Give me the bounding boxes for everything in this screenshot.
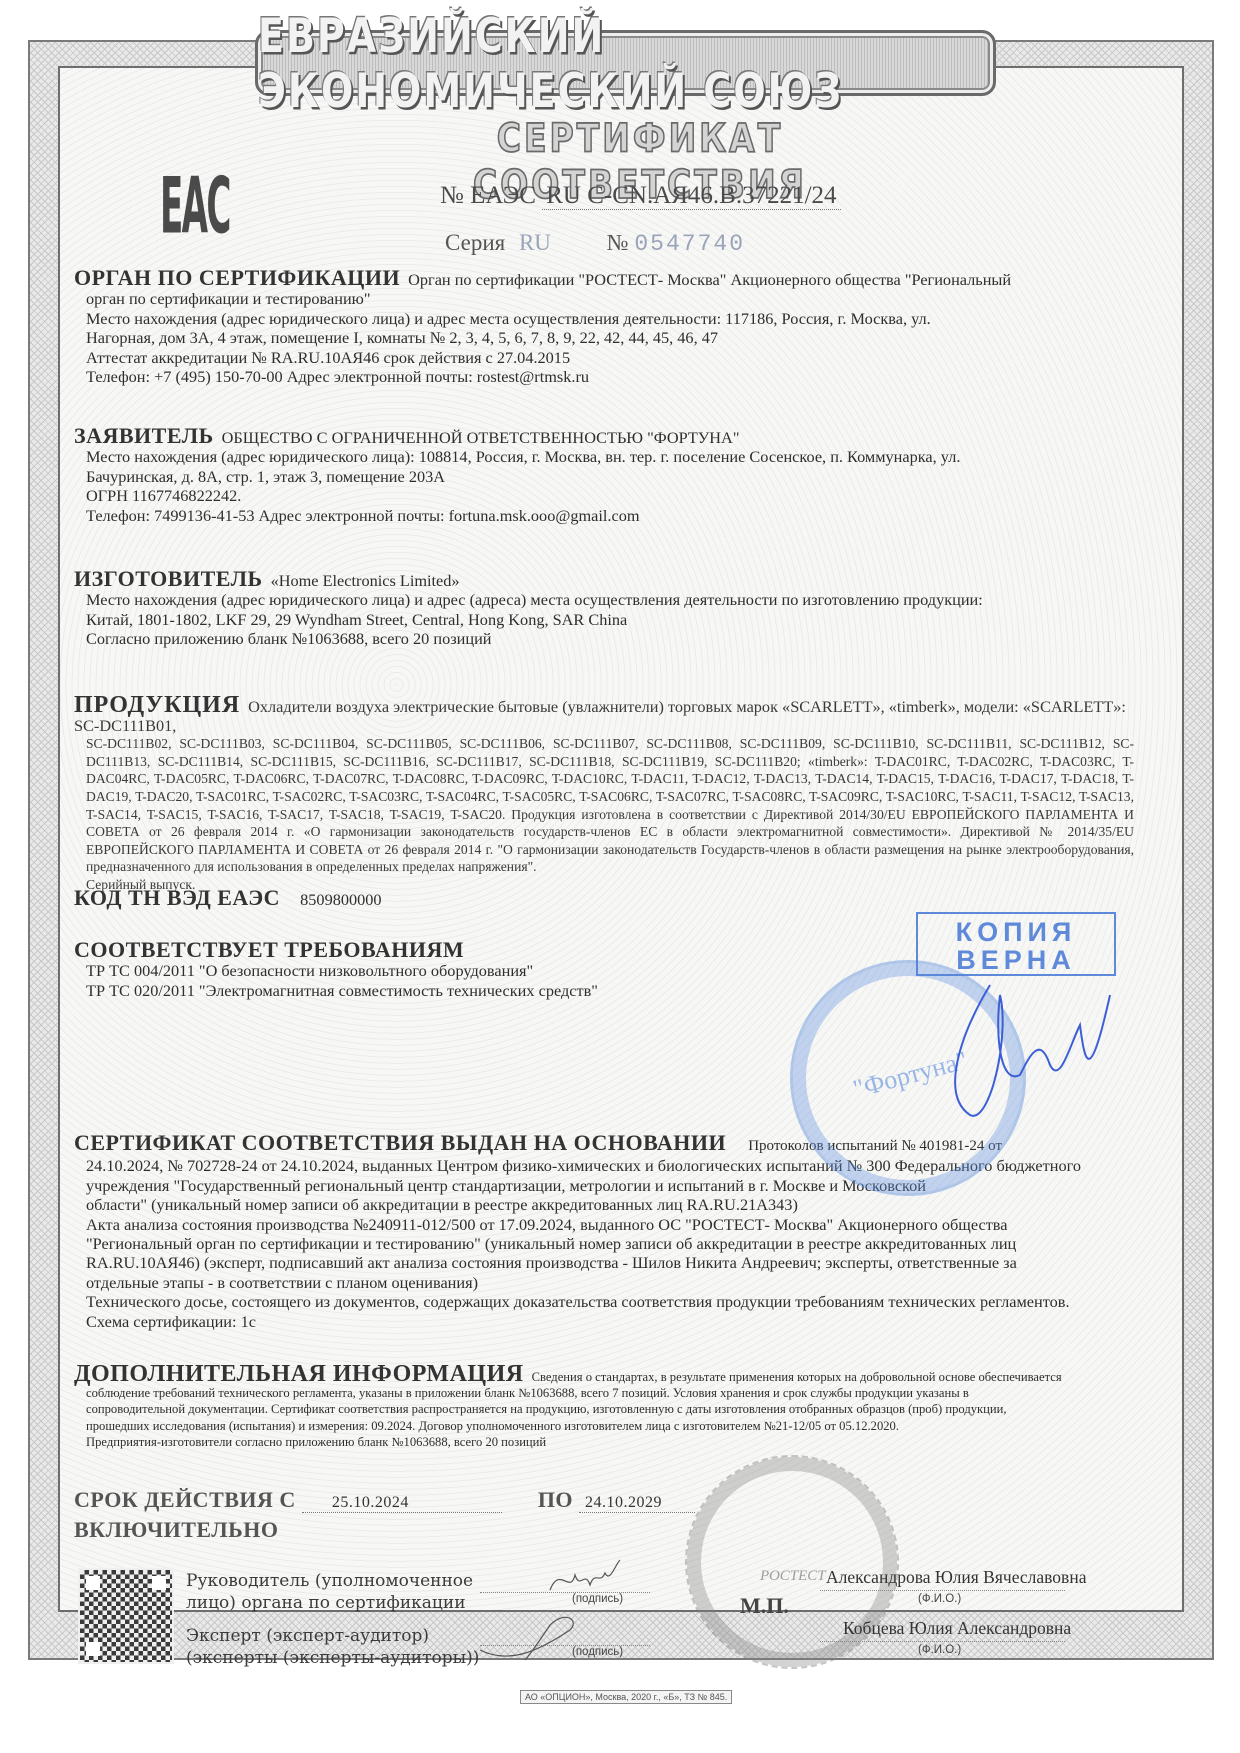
name-caption: (Ф.И.О.): [918, 1593, 961, 1605]
section-text: Место нахождения (адрес юридического лиц…: [74, 309, 1134, 328]
head-signatory-label: Руководитель (уполномоченное лицо) орган…: [186, 1570, 473, 1614]
expert-label-line: Эксперт (эксперт-аудитор): [186, 1625, 479, 1647]
blank-number-value: 0547740: [634, 231, 745, 257]
eac-mark-icon: ЕАС: [160, 160, 230, 251]
section-heading: ИЗГОТОВИТЕЛЬ: [74, 566, 263, 591]
qr-code[interactable]: [78, 1568, 174, 1664]
section-text: орган по сертификации и тестированию": [74, 289, 1134, 308]
hs-code-section: КОД ТН ВЭД ЕАЭС 8509800000: [74, 888, 1134, 909]
section-heading: ПРОДУКЦИЯ: [74, 692, 240, 718]
validity-from-date: 25.10.2024: [302, 1494, 502, 1513]
applicant-name: ОБЩЕСТВО С ОГРАНИЧЕННОЙ ОТВЕТСТВЕННОСТЬЮ…: [222, 428, 740, 447]
hs-code-value: 8509800000: [300, 890, 381, 909]
section-text: Нагорная, дом 3А, 4 этаж, помещение I, к…: [74, 328, 1134, 347]
validity-to-date: 24.10.2029: [579, 1494, 695, 1513]
certificate-number: № ЕАЭС RU C-CN.АЯ46.B.37221/24: [440, 182, 841, 210]
copy-stamp-line1: КОПИЯ: [918, 918, 1114, 946]
certificate-number-label: № ЕАЭС: [440, 182, 536, 209]
copy-certified-stamp: КОПИЯ ВЕРНА: [916, 912, 1116, 976]
handwritten-signature-icon: [930, 975, 1120, 1125]
section-text: Место нахождения (адрес юридического лиц…: [74, 590, 1134, 609]
section-text: Аттестат аккредитации № RA.RU.10АЯ46 сро…: [74, 348, 1134, 367]
expert-name-line: [820, 1641, 1065, 1642]
section-text: области" (уникальный номер записи об акк…: [74, 1195, 1134, 1214]
name-caption: (Ф.И.О.): [918, 1644, 961, 1656]
certificate-number-value: RU C-CN.АЯ46.B.37221/24: [542, 182, 840, 210]
section-text: Китай, 1801-1802, LKF 29, 29 Wyndham Str…: [74, 610, 1134, 629]
head-full-name: Александрова Юлия Вячеславовна: [826, 1567, 1086, 1588]
validity-to-label: ПО: [538, 1487, 573, 1512]
section-heading: ОРГАН ПО СЕРТИФИКАЦИИ: [74, 265, 400, 290]
section-text: Телефон: +7 (495) 150-70-00 Адрес электр…: [74, 367, 1134, 386]
expert-signature-icon: [470, 1610, 610, 1665]
union-banner: ЕВРАЗИЙСКИЙ ЭКОНОМИЧЕСКИЙ СОЮЗ: [255, 30, 996, 96]
section-text: ОГРН 1167746822242.: [74, 486, 1134, 505]
section-text: Согласно приложению бланк №1063688, всег…: [74, 629, 1134, 648]
copy-stamp-line2: ВЕРНА: [918, 946, 1114, 974]
series-value: RU: [519, 230, 551, 255]
expert-label-line: (эксперты (эксперты-аудиторы)): [186, 1647, 479, 1669]
validity-from-label: СРОК ДЕЙСТВИЯ С: [74, 1487, 296, 1512]
section-text: Телефон: 7499136-41-53 Адрес электронной…: [74, 506, 1134, 525]
printer-note: АО «ОПЦИОН», Москва, 2020 г., «Б», ТЗ № …: [520, 1690, 732, 1704]
validity-period: СРОК ДЕЙСТВИЯ С 25.10.2024 ПО 24.10.2029: [74, 1487, 725, 1513]
section-text: сопроводительной документации. Сертифика…: [74, 1401, 1134, 1417]
section-heading: ДОПОЛНИТЕЛЬНАЯ ИНФОРМАЦИЯ: [74, 1361, 524, 1387]
series-label: Серия: [445, 230, 505, 255]
section-text: Акта анализа состояния производства №240…: [74, 1215, 1134, 1234]
section-text: Бачуринская, д. 8А, стр. 1, этаж 3, поме…: [74, 467, 1134, 486]
section-text: Орган по сертификации "РОСТЕСТ- Москва" …: [408, 270, 1011, 289]
manufacturer-name: «Home Electronics Limited»: [271, 571, 460, 590]
product-section: ПРОДУКЦИЯОхладители воздуха электрически…: [74, 697, 1134, 894]
section-text: соблюдение требований технического регла…: [74, 1385, 1134, 1401]
section-text: Место нахождения (адрес юридического лиц…: [74, 447, 1134, 466]
blank-series: Серия RU № 0547740: [445, 230, 745, 257]
section-text: отдельные этапы - в соответствии с плано…: [74, 1273, 1134, 1292]
section-text: "Региональный орган по сертификации и те…: [74, 1234, 1134, 1253]
expert-full-name: Кобцева Юлия Александровна: [843, 1618, 1071, 1639]
validity-inclusive: ВКЛЮЧИТЕЛЬНО: [74, 1517, 278, 1543]
rostest-seal-text: РОСТЕСТ: [760, 1568, 826, 1585]
additional-lead: Сведения о стандартах, в результате прим…: [532, 1370, 1062, 1384]
blank-number-label: №: [607, 230, 629, 255]
seal-place-label: М.П.: [740, 1593, 789, 1619]
section-heading: ЗАЯВИТЕЛЬ: [74, 423, 214, 448]
head-name-line: [820, 1590, 1065, 1591]
product-models: SC-DC111B02, SC-DC111B03, SC-DC111B04, S…: [74, 735, 1134, 876]
section-text: учреждения "Государственный региональный…: [74, 1176, 1134, 1195]
section-heading: СЕРТИФИКАТ СООТВЕТСТВИЯ ВЫДАН НА ОСНОВАН…: [74, 1130, 726, 1155]
certification-body-section: ОРГАН ПО СЕРТИФИКАЦИИОрган по сертификац…: [74, 268, 1134, 386]
section-text: RA.RU.10АЯ46) (эксперт, подписавший акт …: [74, 1253, 1134, 1272]
section-heading: СООТВЕТСТВУЕТ ТРЕБОВАНИЯМ: [74, 937, 464, 962]
section-text: Схема сертификации: 1с: [74, 1312, 1134, 1331]
section-text: Технического досье, состоящего из докуме…: [74, 1292, 1134, 1311]
head-label-line: Руководитель (уполномоченное: [186, 1570, 473, 1592]
expert-signatory-label: Эксперт (эксперт-аудитор) (эксперты (экс…: [186, 1625, 479, 1669]
manufacturer-section: ИЗГОТОВИТЕЛЬ«Home Electronics Limited» М…: [74, 569, 1134, 649]
head-signature-icon: [545, 1555, 625, 1610]
additional-info-section: ДОПОЛНИТЕЛЬНАЯ ИНФОРМАЦИЯСведения о стан…: [74, 1366, 1134, 1450]
applicant-section: ЗАЯВИТЕЛЬОБЩЕСТВО С ОГРАНИЧЕННОЙ ОТВЕТСТ…: [74, 426, 1134, 525]
union-title: ЕВРАЗИЙСКИЙ ЭКОНОМИЧЕСКИЙ СОЮЗ: [258, 8, 993, 118]
section-text: прошедших исследования (испытания) и изм…: [74, 1418, 1134, 1434]
head-label-line: лицо) органа по сертификации: [186, 1592, 473, 1614]
section-text: Предприятия-изготовители согласно прилож…: [74, 1434, 1134, 1450]
section-heading: КОД ТН ВЭД ЕАЭС: [74, 885, 280, 910]
